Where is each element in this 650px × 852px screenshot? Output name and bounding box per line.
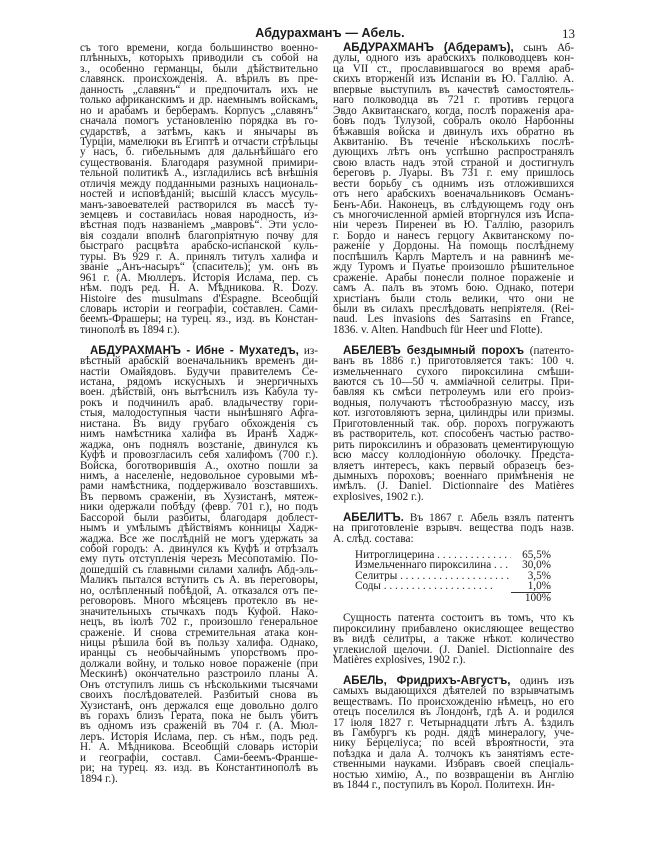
text-line: Matières explosives, 1902 г.).	[333, 655, 574, 665]
entry-abdurakhman-abderam: АБДУРАХМАНЪ (Абдерамъ), сынъ Аб- дулы, о…	[333, 43, 574, 335]
right-column: АБДУРАХМАНЪ (Абдерамъ), сынъ Аб- дулы, о…	[333, 43, 574, 791]
composition-row: Измельченнаго пироксилина30,0%	[355, 560, 551, 570]
text-line: нѣм. подъ ред. Н. А. Мѣдникова. R. Dozy.	[80, 283, 318, 293]
text-line: самъ А. палъ въ этомъ бою. Однако, потер…	[333, 283, 574, 293]
composition-total: 100%	[511, 592, 551, 603]
abelit-patent-paragraph: Сущность патента состоитъ въ томъ, что к…	[333, 613, 574, 665]
text-line: въ видѣ селитры, а также нѣкот. количест…	[333, 634, 574, 644]
component-name: Селитры	[355, 571, 511, 581]
text-line: своихъ послѣдователей. Разбитый снова въ	[80, 690, 318, 700]
entry-abel-friedrich-august: АБЕЛЬ, Фридрихъ-Августъ, одинъ изъ самых…	[333, 676, 574, 791]
composition-row: Селитры3,5%	[355, 571, 551, 581]
text-line: ванъ въ 1886 г.) приготовляется такъ: 10…	[333, 356, 574, 366]
text-line: вѣстный арабскій военачальникъ временъ д…	[80, 356, 318, 366]
text-line: Куфѣ и провозгласилъ себя халифомъ (700 …	[80, 450, 318, 460]
text-line: въ 1844 г., поступилъ въ Корол. Политехн…	[333, 780, 574, 790]
text-line: нымъ и умѣлымъ дѣйствіямъ конницы Хадж-	[80, 523, 318, 533]
text-line: explosives, 1902 г.).	[333, 492, 574, 502]
text-line: отецъ поселился въ Лондонѣ, гдѣ А. и род…	[333, 707, 574, 717]
page-number: 13	[550, 26, 575, 42]
entry-abelit: АБЕЛИТЪ. Въ 1867 г. Абель взялъ патентъ …	[333, 513, 574, 544]
text-line: нецъ, въ іюлѣ 702 г., произошло генераль…	[80, 617, 318, 627]
text-line: сначала помогъ установленію порядка въ г…	[80, 116, 318, 126]
entry-abelev-smokeless-powder: АБЕЛЕВЪ бездымный порохъ (патенто- ванъ …	[333, 346, 574, 503]
component-name: Измельченнаго пироксилина	[355, 560, 511, 570]
page-header: Абдурахманъ — Абель. 13	[0, 26, 650, 42]
text-line: ностей и исповѣданій; высшій классъ мусу…	[80, 189, 318, 199]
component-percent: 1,0%	[511, 581, 551, 591]
component-name: Нитроглицерина	[355, 550, 511, 560]
left-column: съ того времени, когда большинство военн…	[80, 43, 318, 784]
text-line: на приготовленіе взрывч. вещества подъ н…	[333, 523, 574, 533]
composition-table: Нитроглицерина65,5%Измельченнаго пирокси…	[355, 550, 551, 603]
continuation-paragraph: съ того времени, когда большинство военн…	[80, 43, 318, 335]
text-line: бовъ подъ Тулузой, собралъ около Нарбонн…	[333, 116, 574, 126]
component-name: Соды	[355, 581, 511, 591]
entry-abdurakhman-ibne-mukhated: АБДУРАХМАНЪ - Ибне - Мухатедъ, из- вѣстн…	[80, 346, 318, 784]
text-line: отъ него арабскихъ военачальниковъ Осман…	[333, 189, 574, 199]
text-line: 1836. v. Alten. Handbuch für Heer und Fl…	[333, 325, 574, 335]
text-line: тинополѣ въ 1894 г.).	[80, 325, 318, 335]
text-line: всю массу коллодіонную оболочку. Предста…	[333, 450, 574, 460]
running-title: Абдурахманъ — Абель.	[200, 26, 460, 40]
composition-row: Соды1,0%	[355, 581, 551, 591]
text-line: 1894 г.).	[80, 774, 318, 784]
text-line: А. слѣд. состава:	[333, 534, 574, 544]
